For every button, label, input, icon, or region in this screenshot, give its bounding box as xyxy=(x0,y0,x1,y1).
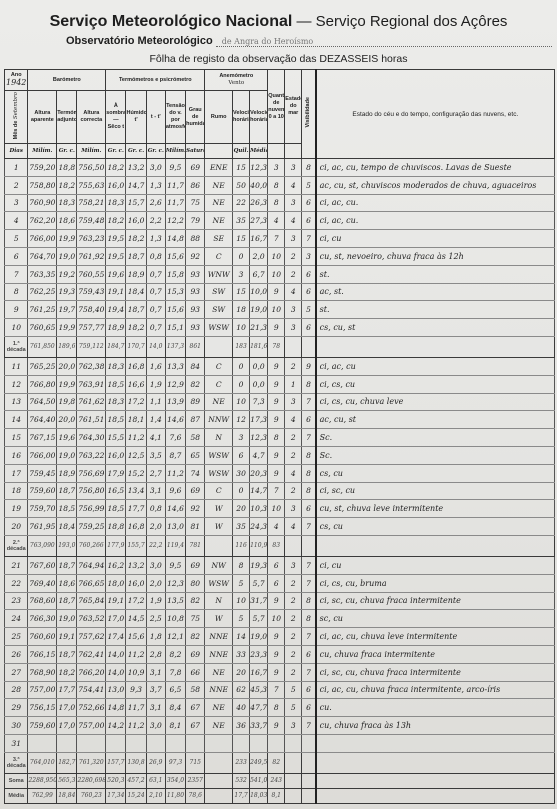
cell-h: 82 xyxy=(186,628,205,646)
summary-dir xyxy=(205,773,233,788)
cell-h: 69 xyxy=(186,159,205,177)
thermometers-group: Termómetros e psicrómetro xyxy=(106,70,205,91)
cell-dir: NW xyxy=(205,556,233,574)
year-cell: Ano1942 xyxy=(5,70,28,91)
cell-dir: NE xyxy=(205,194,233,212)
cell-tb: 18,2 xyxy=(57,663,77,681)
cell-vm: 27,3 xyxy=(250,212,268,230)
cell-tw: 16,0 xyxy=(126,212,146,230)
cell-tw: 17,2 xyxy=(126,592,146,610)
summary-obs xyxy=(316,788,555,803)
cell-t: 19,1 xyxy=(106,283,126,301)
table-row: 11765,2520,0762,3818,316,81,613,384C00,0… xyxy=(5,357,555,375)
cell-tb: 18,6 xyxy=(57,574,77,592)
cell-vm: 12,3 xyxy=(250,429,268,447)
cell-obs: ci, cu xyxy=(316,556,555,574)
summary-sea xyxy=(285,336,302,357)
cell-vis: 6 xyxy=(302,411,316,429)
cell-vis: 8 xyxy=(302,482,316,500)
cell-tw: 16,8 xyxy=(126,518,146,536)
cell-tw: 16,0 xyxy=(126,574,146,592)
cell-dt xyxy=(146,734,165,752)
cell-h: 69 xyxy=(186,482,205,500)
cell-t: 18,3 xyxy=(106,393,126,411)
cell-tw: 18,2 xyxy=(126,230,146,248)
cell-tw: 15,7 xyxy=(126,194,146,212)
cell-n: 3 xyxy=(268,159,285,177)
unit-blank xyxy=(285,144,302,159)
cell-n: 9 xyxy=(268,628,285,646)
cell-n: 9 xyxy=(268,464,285,482)
cell-pc: 763,91 xyxy=(77,375,106,393)
cell-p: 759,60 xyxy=(28,482,57,500)
summary-t: 157,7 xyxy=(106,752,126,773)
cell-pc: 761,51 xyxy=(77,411,106,429)
cell-n: 4 xyxy=(268,518,285,536)
cell-sea: 3 xyxy=(285,230,302,248)
cell-e: 15,3 xyxy=(165,283,185,301)
table-row: 12766,8019,9763,9118,516,61,912,982C00,0… xyxy=(5,375,555,393)
cell-tb: 18,7 xyxy=(57,482,77,500)
header-col-8: Rumo xyxy=(205,91,233,144)
cell-v: 0 xyxy=(233,375,250,393)
table-row: 21767,6018,7764,9416,213,23,09,569NW819,… xyxy=(5,556,555,574)
cell-dt: 3,5 xyxy=(146,446,165,464)
summary-p: 761,850 xyxy=(28,336,57,357)
cell-h: 65 xyxy=(186,446,205,464)
cell-n: 9 xyxy=(268,411,285,429)
cell-obs: ci, sc, cu, chuva fraca intermitente xyxy=(316,663,555,681)
cell-obs: cu, chuva fraca intermitente xyxy=(316,645,555,663)
cell-vis: 7 xyxy=(302,518,316,536)
day-cell: 9 xyxy=(5,301,28,319)
summary-label: 2.ª década xyxy=(5,535,28,556)
cell-t: 18,3 xyxy=(106,357,126,375)
cell-obs: st. xyxy=(316,301,555,319)
cell-v: 14 xyxy=(233,628,250,646)
table-row: 13764,5019,8761,6218,317,21,113,989NE107… xyxy=(5,393,555,411)
summary-h: 78,6 xyxy=(186,788,205,803)
cell-vis: 8 xyxy=(302,592,316,610)
cell-t: 14,0 xyxy=(106,645,126,663)
cell-dir: W xyxy=(205,610,233,628)
cell-dt: 2,2 xyxy=(146,212,165,230)
cell-e: 13,0 xyxy=(165,518,185,536)
table-row: 2758,8018,2755,6316,014,71,311,786NE5040… xyxy=(5,176,555,194)
summary-label: 1.ª década xyxy=(5,336,28,357)
cell-v: 0 xyxy=(233,247,250,265)
cell-obs xyxy=(316,734,555,752)
cell-vis: 6 xyxy=(302,699,316,717)
cell-h: 86 xyxy=(186,176,205,194)
cell-pc: 763,22 xyxy=(77,446,106,464)
cell-dir: NNE xyxy=(205,628,233,646)
cell-h: 93 xyxy=(186,301,205,319)
summary-tb: 189,6 xyxy=(57,336,77,357)
cell-p: 763,35 xyxy=(28,265,57,283)
summary-label: Soma xyxy=(5,773,28,788)
service-title: Serviço Meteorológico Nacional — Serviço… xyxy=(0,13,557,31)
cell-p: 761,25 xyxy=(28,301,57,319)
cell-vis: 6 xyxy=(302,212,316,230)
cell-obs: ci, ac, cu, tempo de chuviscos. Lavas de… xyxy=(316,159,555,177)
unit-col-6: Milím. xyxy=(165,144,185,159)
summary-vis xyxy=(302,773,316,788)
cell-p: 759,70 xyxy=(28,500,57,518)
cell-e: 11,7 xyxy=(165,176,185,194)
cell-pc: 758,40 xyxy=(77,301,106,319)
table-row: 23768,6018,7765,8419,117,21,913,582N1031… xyxy=(5,592,555,610)
summary-row-soma: Soma2288,950565,32280,698520,3457,263,13… xyxy=(5,773,555,788)
cell-vm: 45,3 xyxy=(250,681,268,699)
cell-p: 760,65 xyxy=(28,319,57,337)
cell-vis: 6 xyxy=(302,500,316,518)
cell-tb: 18,2 xyxy=(57,176,77,194)
cell-tw: 18,9 xyxy=(126,265,146,283)
cell-sea: 2 xyxy=(285,592,302,610)
cell-tb xyxy=(57,734,77,752)
cell-tw: 15,6 xyxy=(126,628,146,646)
cell-tb: 17,0 xyxy=(57,699,77,717)
summary-label: 3.ª década xyxy=(5,752,28,773)
month-cell: Mês de Setembro xyxy=(5,91,28,144)
cell-h: 87 xyxy=(186,411,205,429)
summary-label: Média xyxy=(5,788,28,803)
day-cell: 15 xyxy=(5,429,28,447)
cell-h: 92 xyxy=(186,247,205,265)
cell-sea: 4 xyxy=(285,464,302,482)
cell-vis: 8 xyxy=(302,446,316,464)
cell-pc: 761,92 xyxy=(77,247,106,265)
day-cell: 25 xyxy=(5,628,28,646)
cell-h: 69 xyxy=(186,556,205,574)
cell-vis: 6 xyxy=(302,645,316,663)
cell-sea: 2 xyxy=(285,482,302,500)
cell-obs: ci, cu xyxy=(316,230,555,248)
header-col-4: Húmido t' xyxy=(126,91,146,144)
cell-dt: 1,9 xyxy=(146,592,165,610)
day-cell: 21 xyxy=(5,556,28,574)
cell-p xyxy=(28,734,57,752)
summary-row-decade3: 3.ª década764,010182,7761,320157,7130,82… xyxy=(5,752,555,773)
day-cell: 19 xyxy=(5,500,28,518)
summary-p: 763,090 xyxy=(28,535,57,556)
cell-dt: 3,0 xyxy=(146,159,165,177)
cell-dt: 1,3 xyxy=(146,176,165,194)
cell-vis: 7 xyxy=(302,574,316,592)
unit-col-3: Gr. c. xyxy=(106,144,126,159)
cell-vm: 16,7 xyxy=(250,663,268,681)
cell-n: 9 xyxy=(268,357,285,375)
cell-vm: 26,3 xyxy=(250,194,268,212)
cell-tb: 18,8 xyxy=(57,159,77,177)
cell-v: 10 xyxy=(233,592,250,610)
cell-n: 9 xyxy=(268,592,285,610)
cell-tw: 9,3 xyxy=(126,681,146,699)
cell-t: 18,5 xyxy=(106,375,126,393)
cell-v: 15 xyxy=(233,230,250,248)
cell-e: 12,2 xyxy=(165,212,185,230)
cell-p: 767,60 xyxy=(28,556,57,574)
cell-p: 761,95 xyxy=(28,518,57,536)
cell-p: 768,60 xyxy=(28,592,57,610)
cell-vis: 6 xyxy=(302,681,316,699)
cell-n: 10 xyxy=(268,265,285,283)
cell-h: 58 xyxy=(186,681,205,699)
cell-vm: 6,7 xyxy=(250,265,268,283)
summary-obs xyxy=(316,535,555,556)
cell-vis: 7 xyxy=(302,230,316,248)
summary-e: 137,3 xyxy=(165,336,185,357)
cell-tw: 18,7 xyxy=(126,301,146,319)
cell-t: 17,4 xyxy=(106,628,126,646)
cell-e: 12,9 xyxy=(165,375,185,393)
cell-p: 758,80 xyxy=(28,176,57,194)
cell-p: 762,25 xyxy=(28,283,57,301)
cell-vm: 10,3 xyxy=(250,500,268,518)
cell-dt: 1,9 xyxy=(146,375,165,393)
cell-vm: 16,7 xyxy=(250,230,268,248)
cell-dir: NE xyxy=(205,212,233,230)
summary-t: 184,7 xyxy=(106,336,126,357)
cell-tb: 19,7 xyxy=(57,301,77,319)
cell-vis: 3 xyxy=(302,247,316,265)
cell-dir: NNE xyxy=(205,681,233,699)
table-row: 9761,2519,7758,4019,418,70,715,693SW1819… xyxy=(5,301,555,319)
summary-v: 183 xyxy=(233,336,250,357)
summary-pc: 759,112 xyxy=(77,336,106,357)
cell-sea: 2 xyxy=(285,645,302,663)
cell-vis: 7 xyxy=(302,663,316,681)
cell-n: 6 xyxy=(268,574,285,592)
cell-dir: C xyxy=(205,357,233,375)
cell-tb: 18,9 xyxy=(57,464,77,482)
cell-p: 765,25 xyxy=(28,357,57,375)
summary-row-decade2: 2.ª década763,090193,0760,266177,9155,72… xyxy=(5,535,555,556)
cell-dir xyxy=(205,734,233,752)
cell-v: 18 xyxy=(233,301,250,319)
cell-sea: 4 xyxy=(285,283,302,301)
cell-vis: 7 xyxy=(302,429,316,447)
cell-dir: W xyxy=(205,518,233,536)
cell-dt: 0,7 xyxy=(146,265,165,283)
cell-sea: 2 xyxy=(285,429,302,447)
day-cell: 7 xyxy=(5,265,28,283)
summary-n: 82 xyxy=(268,752,285,773)
cell-p: 768,90 xyxy=(28,663,57,681)
cell-e: 7,6 xyxy=(165,429,185,447)
summary-tw: 130,8 xyxy=(126,752,146,773)
cell-tb: 20,0 xyxy=(57,411,77,429)
cell-v: 35 xyxy=(233,212,250,230)
cell-obs: Sc. xyxy=(316,429,555,447)
unit-col-8 xyxy=(205,144,233,159)
unit-col-4: Gr. c. xyxy=(126,144,146,159)
cell-v: 10 xyxy=(233,319,250,337)
cell-e: 14,8 xyxy=(165,230,185,248)
cell-sea: 3 xyxy=(285,159,302,177)
cell-obs: ac, st. xyxy=(316,283,555,301)
summary-dt: 63,1 xyxy=(146,773,165,788)
cell-h: 58 xyxy=(186,429,205,447)
table-row: 27768,9018,2766,2014,010,93,17,866NE2016… xyxy=(5,663,555,681)
cell-t: 16,5 xyxy=(106,482,126,500)
cell-pc: 762,38 xyxy=(77,357,106,375)
cell-p: 760,60 xyxy=(28,628,57,646)
cell-vis: 5 xyxy=(302,301,316,319)
cell-e: 7,8 xyxy=(165,663,185,681)
cell-dir: WSW xyxy=(205,574,233,592)
cell-e: 10,8 xyxy=(165,610,185,628)
cell-dt: 3,1 xyxy=(146,663,165,681)
day-cell: 23 xyxy=(5,592,28,610)
cell-e: 14,6 xyxy=(165,500,185,518)
cell-t: 16,2 xyxy=(106,556,126,574)
cell-vm: 2,0 xyxy=(250,247,268,265)
table-row: 3760,9018,3758,2118,315,72,611,775NE2226… xyxy=(5,194,555,212)
summary-e: 97,3 xyxy=(165,752,185,773)
cell-vm: 14,7 xyxy=(250,482,268,500)
cell-t: 16,0 xyxy=(106,176,126,194)
cell-e: 8,1 xyxy=(165,717,185,735)
cell-t: 18,5 xyxy=(106,500,126,518)
day-cell: 18 xyxy=(5,482,28,500)
cell-h: 82 xyxy=(186,592,205,610)
cell-v: 8 xyxy=(233,556,250,574)
cell-t: 16,0 xyxy=(106,446,126,464)
cell-tb: 19,0 xyxy=(57,247,77,265)
cell-pc: 766,20 xyxy=(77,663,106,681)
summary-dir xyxy=(205,336,233,357)
cell-v: 40 xyxy=(233,699,250,717)
cell-vm: 12,3 xyxy=(250,159,268,177)
cell-dir: SW xyxy=(205,301,233,319)
cell-sea: 2 xyxy=(285,663,302,681)
cell-vis: 6 xyxy=(302,194,316,212)
cell-n: 9 xyxy=(268,319,285,337)
summary-row-decade1: 1.ª década761,850189,6759,112184,7170,71… xyxy=(5,336,555,357)
cell-pc: 763,52 xyxy=(77,610,106,628)
cell-dir: WNW xyxy=(205,265,233,283)
cell-tb: 18,4 xyxy=(57,518,77,536)
cell-h: 88 xyxy=(186,230,205,248)
cell-vis: 7 xyxy=(302,717,316,735)
cell-e: 6,5 xyxy=(165,681,185,699)
cell-t: 15,5 xyxy=(106,429,126,447)
cell-obs: cs, cu xyxy=(316,464,555,482)
cell-p: 757,00 xyxy=(28,681,57,699)
cell-dir: NE xyxy=(205,393,233,411)
cell-obs: cs, cu xyxy=(316,518,555,536)
cell-dir: NE xyxy=(205,699,233,717)
cell-v: 30 xyxy=(233,464,250,482)
header-col-9: Velocidade horária xyxy=(233,91,250,144)
cell-obs: cu, st, chuva leve intermitente xyxy=(316,500,555,518)
summary-tw: 15,24 xyxy=(126,788,146,803)
summary-vm: 249,5 xyxy=(250,752,268,773)
cell-dt: 3,1 xyxy=(146,482,165,500)
cell-dir: C xyxy=(205,375,233,393)
cell-vm: 23,3 xyxy=(250,645,268,663)
cell-pc: 756,80 xyxy=(77,482,106,500)
cell-e: 8,7 xyxy=(165,446,185,464)
cell-vis: 6 xyxy=(302,319,316,337)
unit-col-2: Milím. xyxy=(77,144,106,159)
summary-v: 233 xyxy=(233,752,250,773)
cell-obs: ci, ac, cu. xyxy=(316,194,555,212)
summary-obs xyxy=(316,752,555,773)
table-row: 15767,1519,6764,3015,511,24,17,658N312,3… xyxy=(5,429,555,447)
summary-vis xyxy=(302,752,316,773)
cell-n: 10 xyxy=(268,247,285,265)
cell-tb: 19,6 xyxy=(57,429,77,447)
cell-tb: 18,7 xyxy=(57,592,77,610)
cell-tw: 18,1 xyxy=(126,411,146,429)
header-sky-state: Estado do céu e do tempo, configuração d… xyxy=(316,70,555,159)
cell-v: 3 xyxy=(233,265,250,283)
cell-pc: 764,94 xyxy=(77,556,106,574)
cell-p: 762,20 xyxy=(28,212,57,230)
summary-n: 78 xyxy=(268,336,285,357)
cell-vm: 10,0 xyxy=(250,283,268,301)
cell-obs: ci, ac, cu xyxy=(316,357,555,375)
header-cloud-amount: Quantidade de nuvens 0 a 10 xyxy=(268,70,285,144)
summary-vm: 18,03 xyxy=(250,788,268,803)
summary-dir xyxy=(205,535,233,556)
cell-v: 35 xyxy=(233,518,250,536)
cell-sea: 5 xyxy=(285,681,302,699)
cell-dir: WSW xyxy=(205,446,233,464)
cell-v: 15 xyxy=(233,283,250,301)
cell-dt: 0,8 xyxy=(146,247,165,265)
day-cell: 27 xyxy=(5,663,28,681)
cell-pc: 763,23 xyxy=(77,230,106,248)
day-cell: 1 xyxy=(5,159,28,177)
cell-pc: 762,41 xyxy=(77,645,106,663)
cell-vm: 31,7 xyxy=(250,592,268,610)
cell-e: 9,6 xyxy=(165,482,185,500)
cell-dir: WSW xyxy=(205,319,233,337)
day-cell: 30 xyxy=(5,717,28,735)
cell-dir: W xyxy=(205,500,233,518)
table-row: 26766,1518,7762,4114,011,22,88,269NNE332… xyxy=(5,645,555,663)
cell-t: 18,8 xyxy=(106,518,126,536)
cell-t: 19,5 xyxy=(106,230,126,248)
summary-pc: 2280,698 xyxy=(77,773,106,788)
cell-pc: 759,43 xyxy=(77,283,106,301)
cell-p: 756,15 xyxy=(28,699,57,717)
cell-dt: 0,7 xyxy=(146,319,165,337)
cell-sea: 4 xyxy=(285,176,302,194)
day-cell: 26 xyxy=(5,645,28,663)
day-cell: 24 xyxy=(5,610,28,628)
day-cell: 14 xyxy=(5,411,28,429)
cell-pc: 755,63 xyxy=(77,176,106,194)
cell-h: 80 xyxy=(186,574,205,592)
summary-tw: 457,2 xyxy=(126,773,146,788)
header-col-6: Tensão do v. por atmosférico xyxy=(165,91,185,144)
cell-v: 20 xyxy=(233,500,250,518)
cell-vis: 8 xyxy=(302,159,316,177)
cell-n: 4 xyxy=(268,212,285,230)
cell-h: 75 xyxy=(186,610,205,628)
day-cell: 12 xyxy=(5,375,28,393)
summary-pc: 760,266 xyxy=(77,535,106,556)
cell-dt: 3,1 xyxy=(146,699,165,717)
table-row: 7763,3519,2760,5519,618,90,715,893WNW36,… xyxy=(5,265,555,283)
cell-h: 75 xyxy=(186,194,205,212)
cell-e: 14,6 xyxy=(165,411,185,429)
